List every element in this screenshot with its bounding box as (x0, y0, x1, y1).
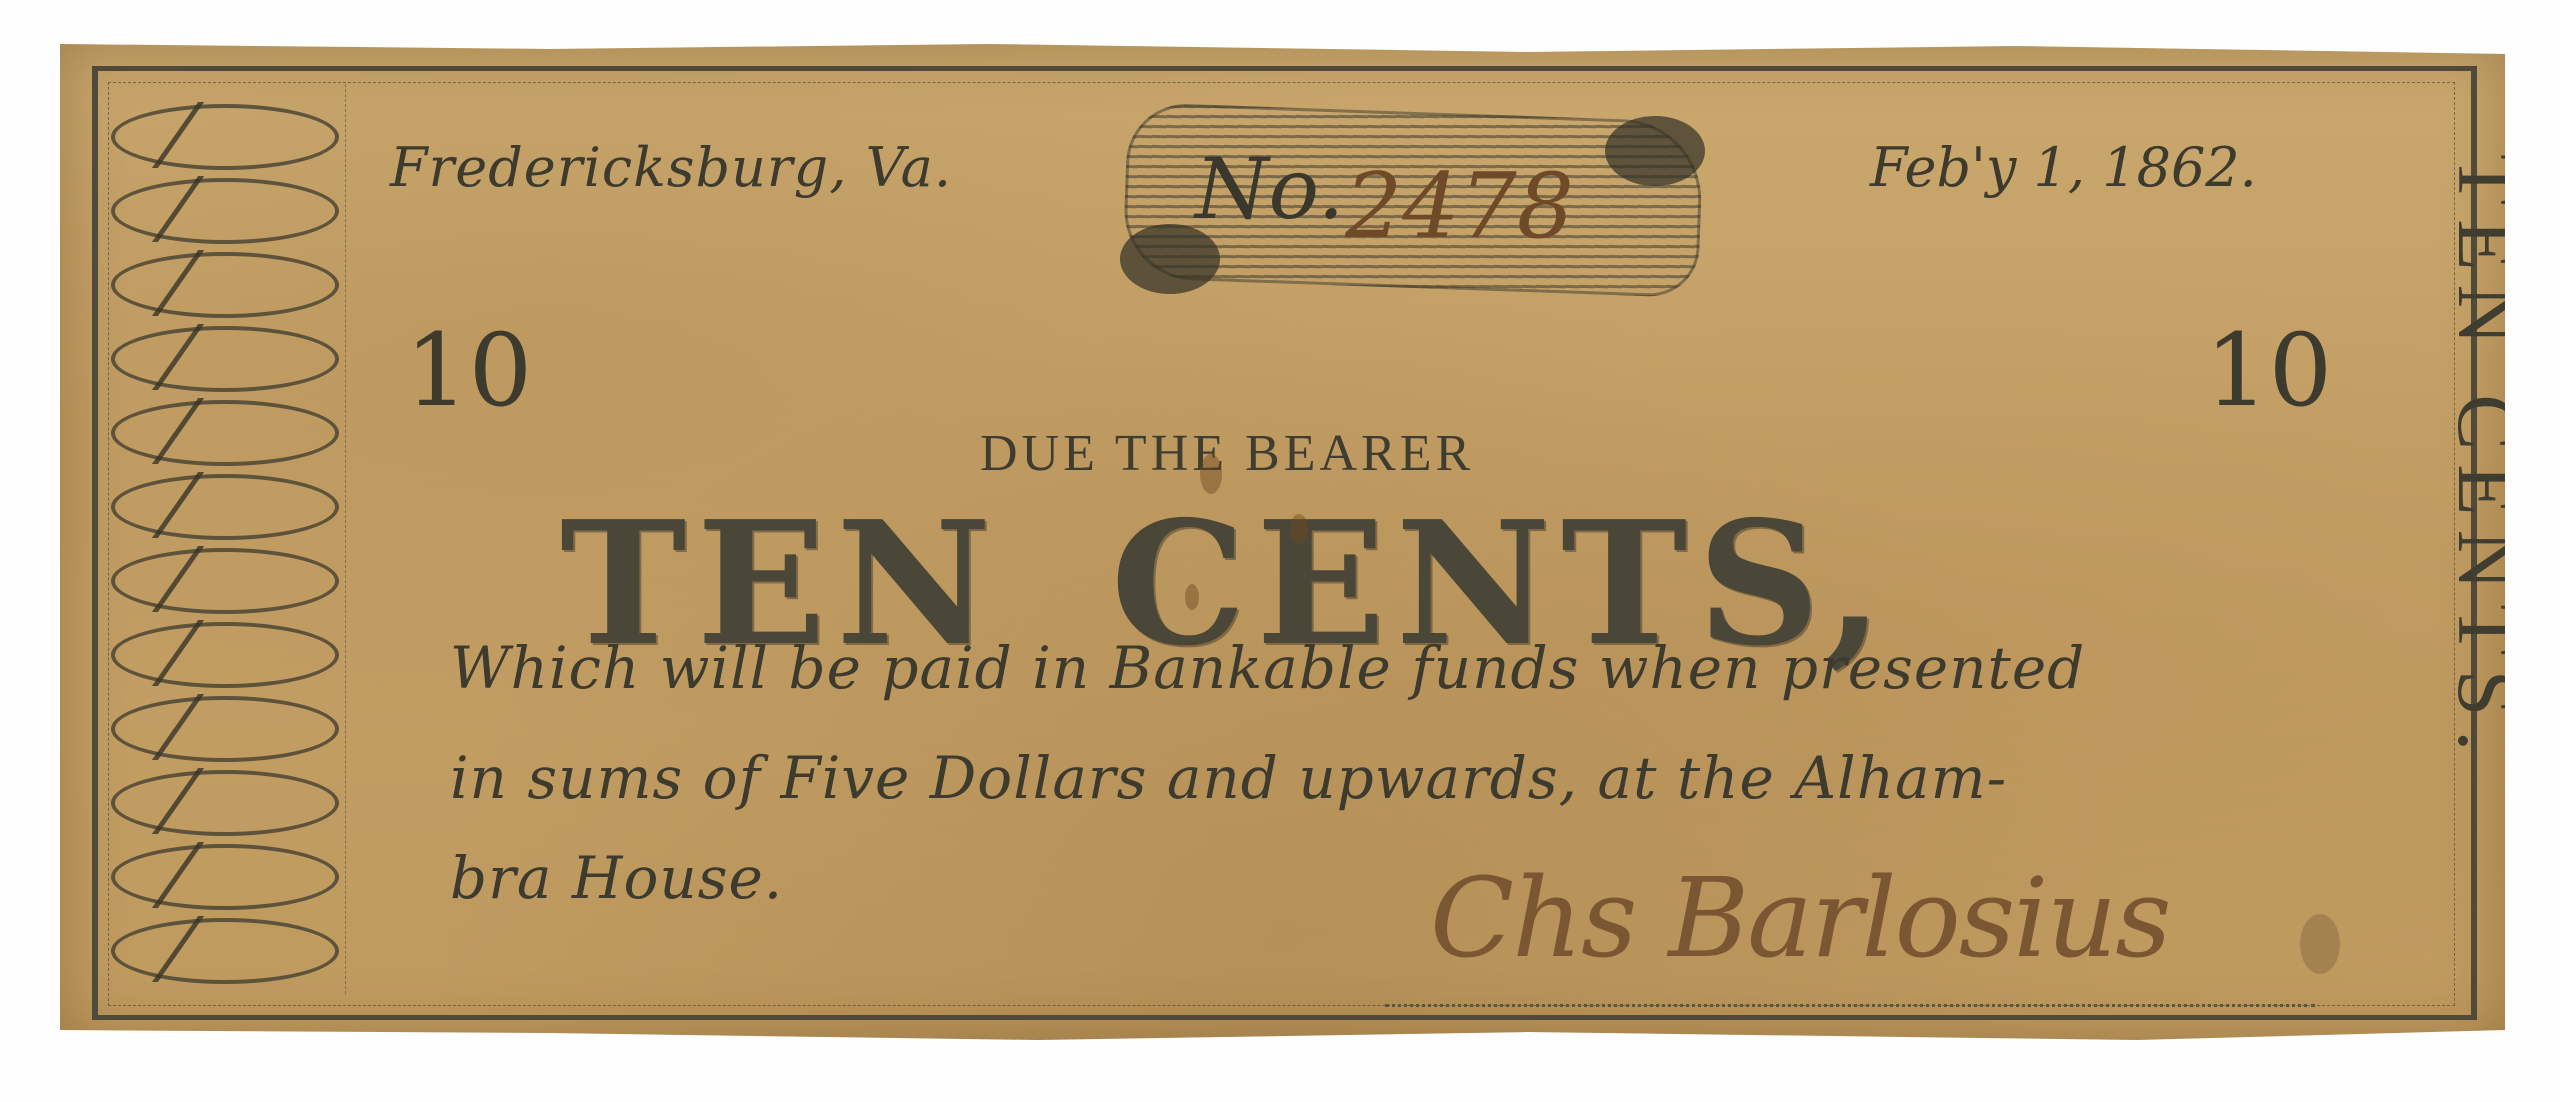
denomination-right: 10 (2205, 312, 2332, 429)
stain (1290, 514, 1308, 544)
left-ornament-panel (110, 104, 340, 984)
scroll-roll-right (1605, 116, 1705, 186)
signature: Chs Barlosius (1430, 854, 2170, 982)
body-line-2: in sums of Five Dollars and upwards, at … (450, 744, 2007, 812)
body-line-3: bra House. (450, 844, 783, 912)
due-the-bearer-heading: DUE THE BEARER (980, 424, 1474, 483)
issue-date: Feb'y 1, 1862. (1870, 136, 2257, 199)
denomination-left: 10 (405, 312, 532, 429)
serial-number: 2478 (1345, 154, 1574, 259)
ornament-loop (111, 548, 339, 614)
ornament-loop (111, 474, 339, 540)
signature-line (1385, 1004, 2315, 1007)
stain (1185, 584, 1199, 610)
issue-place: Fredericksburg, Va. (390, 136, 952, 199)
ornament-loop (111, 104, 339, 170)
body-line-1: Which will be paid in Bankable funds whe… (450, 634, 2085, 702)
ornament-loop (111, 178, 339, 244)
ornament-loop (111, 400, 339, 466)
ornament-loop (111, 622, 339, 688)
ornament-loop (111, 918, 339, 984)
stain (1200, 454, 1222, 494)
ornament-loop (111, 844, 339, 910)
vertical-denomination-text: TEN CENTS. (2438, 154, 2535, 765)
ornament-loop (111, 326, 339, 392)
ornament-loop (111, 696, 339, 762)
ornament-loop (111, 252, 339, 318)
stain (2300, 914, 2340, 974)
banknote: Fredericksburg, Va. Feb'y 1, 1862. No. 2… (60, 44, 2505, 1040)
serial-prefix: No. (1195, 140, 1344, 238)
ornament-loop (111, 770, 339, 836)
ornament-divider (345, 84, 347, 994)
